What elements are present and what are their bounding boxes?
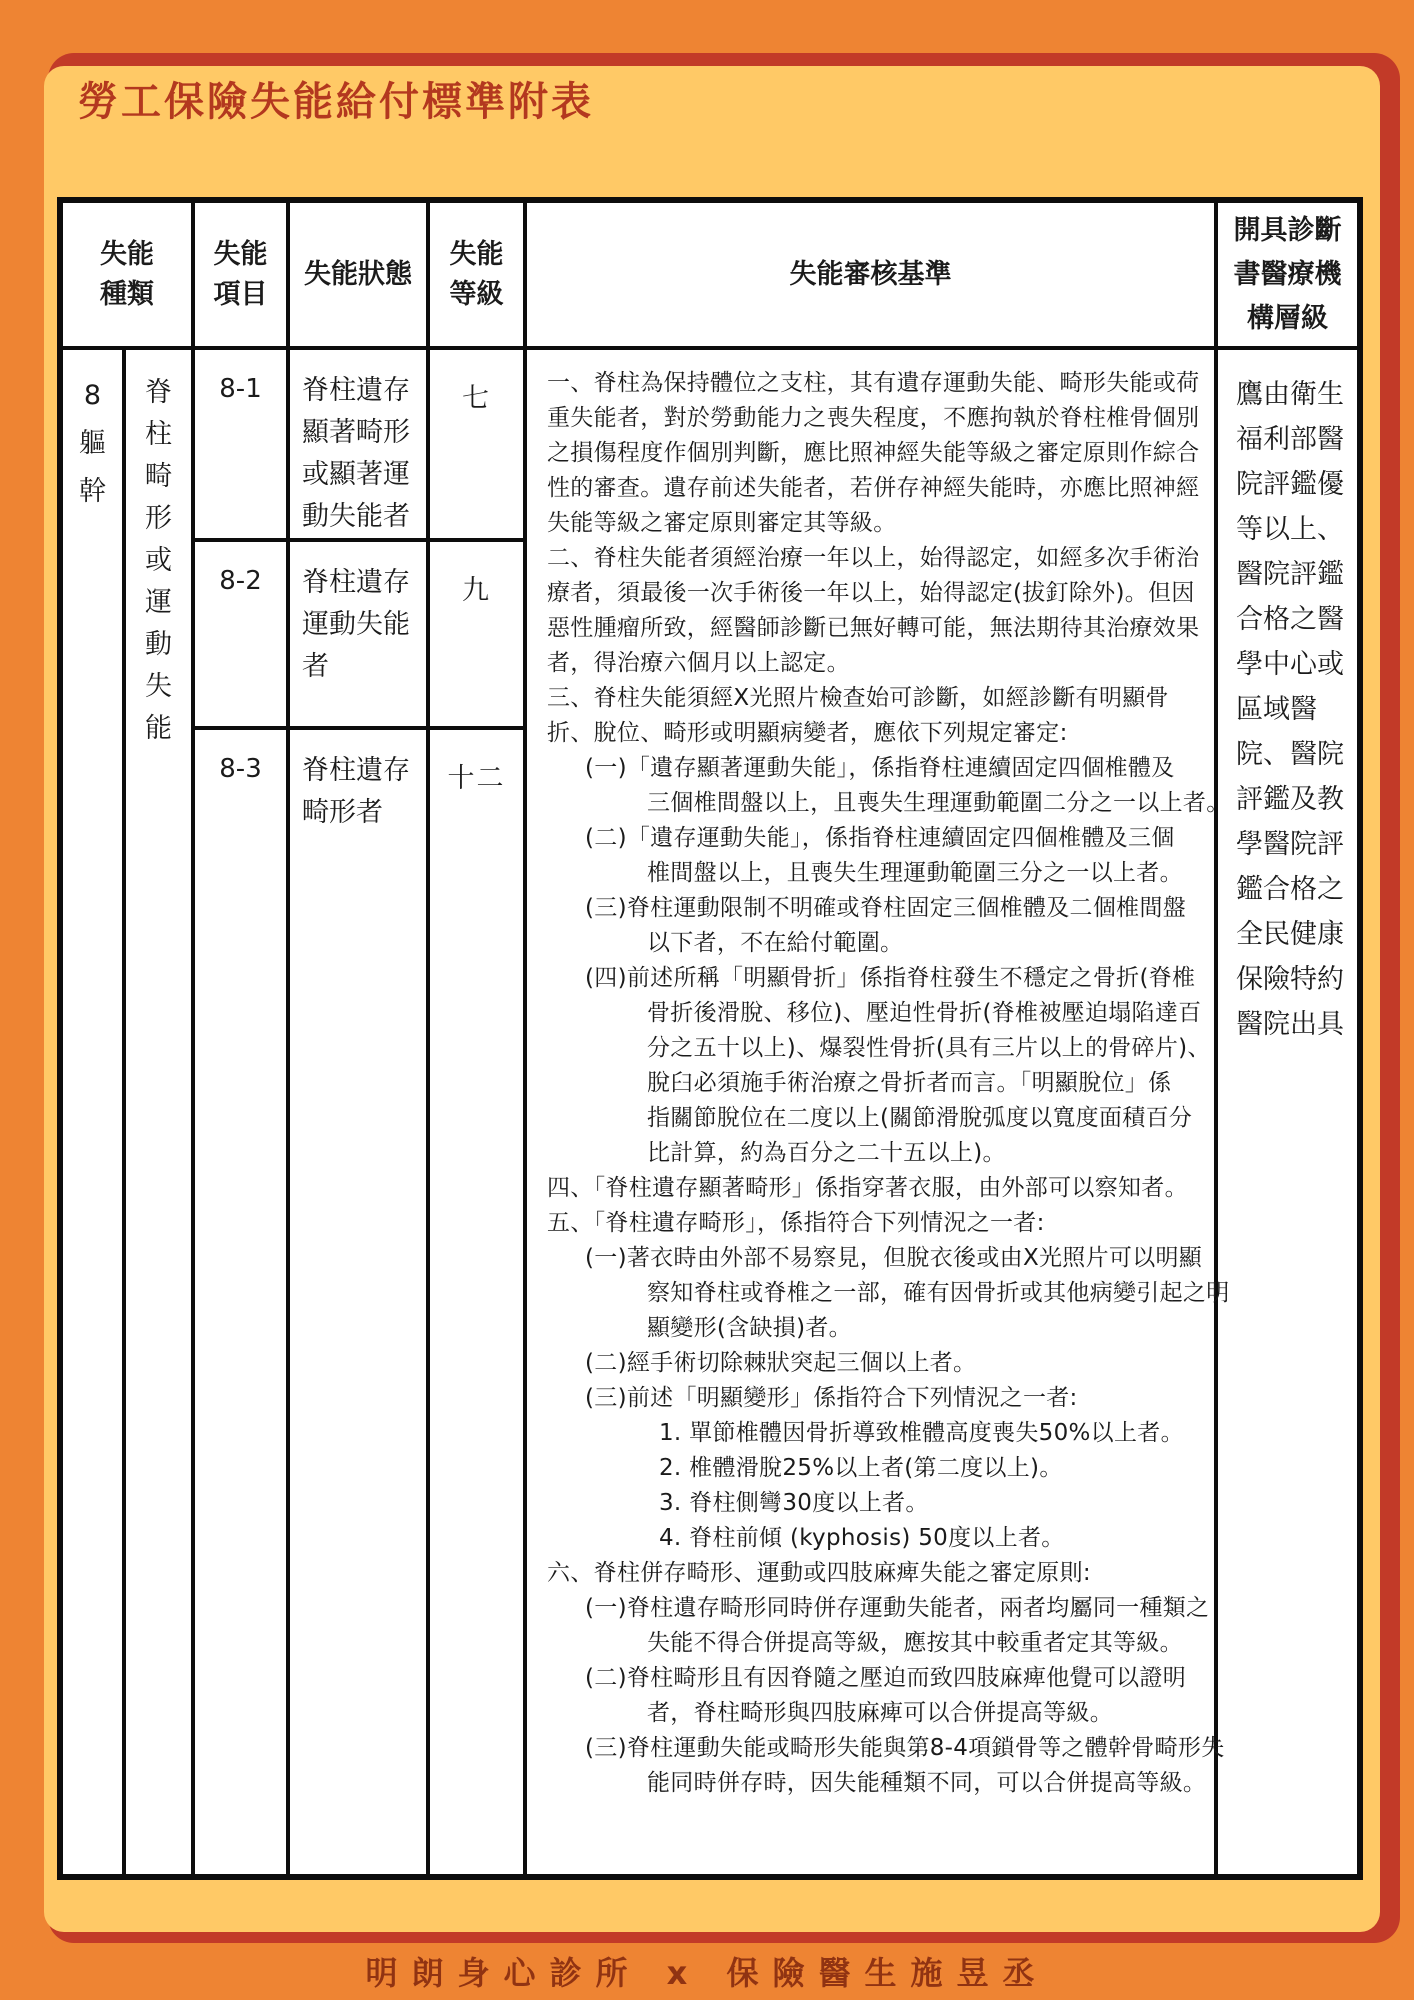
criteria-line: (二)「遺存運動失能」，係指脊柱連續固定四個椎體及三個 xyxy=(547,821,1204,856)
criteria-text: 一、脊柱為保持體位之支柱，其有遺存運動失能、畸形失能或荷重失能者，對於勞動能力之… xyxy=(547,366,1204,1801)
page-title: 勞工保險失能給付標準附表 xyxy=(78,70,594,127)
criteria-line: 二、脊柱失能者須經治療一年以上，始得認定，如經多次手術治 xyxy=(547,541,1204,576)
col-header-hospital: 開具診斷書醫療機構層級 xyxy=(1216,200,1360,348)
hospital-line: 合格之醫 xyxy=(1236,597,1351,642)
table-header-row: 失能種類 失能項目 失能狀態 失能等級 失能審核基準 開具診斷書醫療機構層級 xyxy=(60,200,1360,348)
hospital-line: 評鑑及教 xyxy=(1236,777,1351,822)
hospital-line: 院評鑑優 xyxy=(1236,462,1351,507)
grade-8-2: 九 xyxy=(428,540,525,728)
grade-8-3: 十二 xyxy=(428,728,525,1877)
criteria-line: 者，脊柱畸形與四肢麻痺可以合併提高等級。 xyxy=(547,1696,1204,1731)
criteria-line: 3. 脊柱側彎30度以上者。 xyxy=(547,1486,1204,1521)
criteria-line: (一)著衣時由外部不易察見，但脫衣後或由X光照片可以明顯 xyxy=(547,1241,1204,1276)
hospital-line: 全民健康 xyxy=(1236,912,1351,957)
criteria-line: (三)脊柱運動限制不明確或脊柱固定三個椎體及二個椎間盤 xyxy=(547,891,1204,926)
hospital-line: 學中心或 xyxy=(1236,642,1351,687)
category-number: 8軀幹 xyxy=(78,372,108,516)
hospital-line: 醫院出具 xyxy=(1236,1002,1351,1047)
criteria-line: 三、脊柱失能須經X光照片檢查始可診斷，如經診斷有明顯骨 xyxy=(547,681,1204,716)
criteria-line: (二)脊柱畸形且有因脊隨之壓迫而致四肢麻痺他覺可以證明 xyxy=(547,1661,1204,1696)
item-number-8-2: 8-2 xyxy=(193,540,288,728)
hospital-level-text: 鷹由衛生福利部醫院評鑑優等以上、醫院評鑑合格之醫學中心或區域醫院、醫院評鑑及教學… xyxy=(1236,372,1351,1047)
criteria-line: 性的審查。遺存前述失能者，若併存神經失能時，亦應比照神經 xyxy=(547,471,1204,506)
criteria-line: 惡性腫瘤所致，經醫師診斷已無好轉可能，無法期待其治療效果 xyxy=(547,611,1204,646)
hospital-level-cell: 鷹由衛生福利部醫院評鑑優等以上、醫院評鑑合格之醫學中心或區域醫院、醫院評鑑及教學… xyxy=(1216,348,1360,1877)
criteria-line: (四)前述所稱「明顯骨折」係指脊柱發生不穩定之骨折(脊椎 xyxy=(547,961,1204,996)
category-name-cell: 脊柱畸形或運動失能 xyxy=(124,348,193,1877)
criteria-line: 失能不得合併提高等級，應按其中較重者定其等級。 xyxy=(547,1626,1204,1661)
criteria-line: 四、「脊柱遺存顯著畸形」係指穿著衣服，由外部可以察知者。 xyxy=(547,1171,1204,1206)
state-8-2: 脊柱遺存運動失能者 xyxy=(288,540,428,728)
category-name: 脊柱畸形或運動失能 xyxy=(144,372,174,750)
criteria-line: 三個椎間盤以上，且喪失生理運動範圍二分之一以上者。 xyxy=(547,786,1204,821)
criteria-line: 4. 脊柱前傾 (kyphosis) 50度以上者。 xyxy=(547,1521,1204,1556)
table-row-8-1: 8軀幹 脊柱畸形或運動失能 8-1 脊柱遺存顯著畸形或顯著運動失能者 七 一、脊… xyxy=(60,348,1360,540)
hospital-line: 醫院評鑑 xyxy=(1236,552,1351,597)
criteria-line: 分之五十以上)、爆裂性骨折(具有三片以上的骨碎片)、 xyxy=(547,1031,1204,1066)
criteria-line: 失能等級之審定原則審定其等級。 xyxy=(547,506,1204,541)
footer-credit: 明朗身心診所 x 保險醫生施昱丞 xyxy=(0,1948,1414,1994)
col-header-item: 失能項目 xyxy=(193,200,288,348)
item-number-8-3: 8-3 xyxy=(193,728,288,1877)
criteria-line: 指關節脫位在二度以上(關節滑脫弧度以寬度面積百分 xyxy=(547,1101,1204,1136)
hospital-line: 院、醫院 xyxy=(1236,732,1351,777)
col-header-state: 失能狀態 xyxy=(288,200,428,348)
criteria-line: (三)前述「明顯變形」係指符合下列情況之一者: xyxy=(547,1381,1204,1416)
hospital-line: 學醫院評 xyxy=(1236,822,1351,867)
criteria-line: 察知脊柱或脊椎之一部，確有因骨折或其他病變引起之明 xyxy=(547,1276,1204,1311)
state-8-3: 脊柱遺存畸形者 xyxy=(288,728,428,1877)
criteria-cell: 一、脊柱為保持體位之支柱，其有遺存運動失能、畸形失能或荷重失能者，對於勞動能力之… xyxy=(525,348,1216,1877)
criteria-line: 2. 椎體滑脫25%以上者(第二度以上)。 xyxy=(547,1451,1204,1486)
criteria-line: 者，得治療六個月以上認定。 xyxy=(547,646,1204,681)
hospital-line: 等以上、 xyxy=(1236,507,1351,552)
hospital-line: 區域醫 xyxy=(1236,687,1351,732)
criteria-line: 五、「脊柱遺存畸形」，係指符合下列情況之一者: xyxy=(547,1206,1204,1241)
criteria-line: 顯變形(含缺損)者。 xyxy=(547,1311,1204,1346)
criteria-line: (一)「遺存顯著運動失能」，係指脊柱連續固定四個椎體及 xyxy=(547,751,1204,786)
criteria-line: 療者，須最後一次手術後一年以上，始得認定(拔釘除外)。但因 xyxy=(547,576,1204,611)
criteria-line: 椎間盤以上，且喪失生理運動範圍三分之一以上者。 xyxy=(547,856,1204,891)
criteria-line: 以下者，不在給付範圍。 xyxy=(547,926,1204,961)
criteria-line: 之損傷程度作個別判斷，應比照神經失能等級之審定原則作綜合 xyxy=(547,436,1204,471)
grade-8-1: 七 xyxy=(428,348,525,540)
criteria-line: 折、脫位、畸形或明顯病變者，應依下列規定審定: xyxy=(547,716,1204,751)
criteria-line: 能同時併存時，因失能種類不同，可以合併提高等級。 xyxy=(547,1766,1204,1801)
criteria-line: 一、脊柱為保持體位之支柱，其有遺存運動失能、畸形失能或荷 xyxy=(547,366,1204,401)
criteria-line: 重失能者，對於勞動能力之喪失程度，不應拘執於脊柱椎骨個別 xyxy=(547,401,1204,436)
page: 勞工保險失能給付標準附表 失能種類 失能項目 失能狀態 失能等級 失能審核基準 … xyxy=(0,0,1414,2000)
hospital-line: 福利部醫 xyxy=(1236,417,1351,462)
col-header-criteria: 失能審核基準 xyxy=(525,200,1216,348)
category-number-cell: 8軀幹 xyxy=(60,348,124,1877)
criteria-line: (二)經手術切除棘狀突起三個以上者。 xyxy=(547,1346,1204,1381)
hospital-line: 鷹由衛生 xyxy=(1236,372,1351,417)
criteria-line: (一)脊柱遺存畸形同時併存運動失能者，兩者均屬同一種類之 xyxy=(547,1591,1204,1626)
criteria-line: 骨折後滑脫、移位)、壓迫性骨折(脊椎被壓迫塌陷達百 xyxy=(547,996,1204,1031)
item-number-8-1: 8-1 xyxy=(193,348,288,540)
criteria-line: 脫臼必須施手術治療之骨折者而言。「明顯脫位」係 xyxy=(547,1066,1204,1101)
criteria-line: 比計算，約為百分之二十五以上)。 xyxy=(547,1136,1204,1171)
col-header-category: 失能種類 xyxy=(60,200,193,348)
criteria-line: 六、脊柱併存畸形、運動或四肢麻痺失能之審定原則: xyxy=(547,1556,1204,1591)
state-8-1: 脊柱遺存顯著畸形或顯著運動失能者 xyxy=(288,348,428,540)
hospital-line: 保險特約 xyxy=(1236,957,1351,1002)
disability-standards-table: 失能種類 失能項目 失能狀態 失能等級 失能審核基準 開具診斷書醫療機構層級 8… xyxy=(57,197,1363,1880)
criteria-line: (三)脊柱運動失能或畸形失能與第8-4項鎖骨等之體幹骨畸形失 xyxy=(547,1731,1204,1766)
criteria-line: 1. 單節椎體因骨折導致椎體高度喪失50%以上者。 xyxy=(547,1416,1204,1451)
hospital-line: 鑑合格之 xyxy=(1236,867,1351,912)
col-header-grade: 失能等級 xyxy=(428,200,525,348)
